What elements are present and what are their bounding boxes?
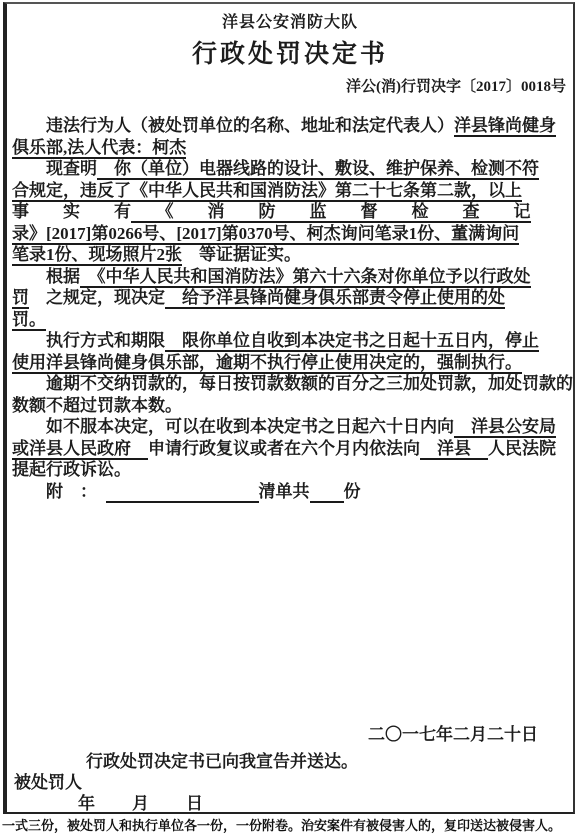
- filled-blank-text: 合规定，违反了《中华人民共和国消防法》第二十七条第二款，以上: [12, 181, 522, 202]
- document-title: 行政处罚决定书: [12, 39, 568, 69]
- signature-date-blank: 年 月 日: [12, 793, 568, 814]
- body-line: 现查明 你（单位）电器线路的设计、敷设、维护保养、检测不符: [12, 158, 568, 180]
- filled-blank-text: [310, 482, 344, 503]
- body-line: 使用洋县锋尚健身俱乐部，逾期不执行停止使用决定的，强制执行。: [12, 352, 568, 374]
- body-line: 罚。: [12, 309, 568, 331]
- form-text: 之规定，现决定: [29, 288, 165, 307]
- filled-blank-text: 给予洋县锋尚健身俱乐部责令停止使用的处: [165, 288, 505, 309]
- filled-blank-text: [106, 482, 259, 503]
- filled-blank-text: 罚。: [12, 310, 46, 331]
- filled-blank-text: 笔录1份、现场照片2张: [12, 245, 182, 266]
- form-text: 执行方式和期限: [12, 331, 165, 350]
- body-line: 附 ： 清单共 份: [12, 481, 568, 503]
- filled-blank-text: 或洋县人民政府: [12, 439, 148, 460]
- body-line: 俱乐部,法人代表：柯杰: [12, 137, 568, 159]
- form-text: 根据: [12, 267, 80, 286]
- form-text: 事 实 有: [12, 202, 131, 221]
- filled-blank-text: 洋县公安局: [454, 417, 556, 438]
- body-line: 录》[2017]第0266号、[2017]第0370号、柯杰询问笔录1份、董满询…: [12, 223, 568, 245]
- form-text: 数额不超过罚款本数。: [12, 396, 182, 415]
- form-text: 现查明: [12, 159, 97, 178]
- blank-area: [12, 502, 568, 724]
- body-line: 逾期不交纳罚款的，每日按罚款数额的百分之三加处罚款，加处罚款的: [12, 373, 568, 395]
- filled-blank-text: 你（单位）电器线路的设计、敷设、维护保养、检测不符: [97, 159, 539, 180]
- form-text: 如不服本决定，可以在收到本决定书之日起六十日内向: [12, 417, 454, 436]
- decision-date: 二〇一七年二月二十日: [12, 724, 568, 745]
- body-line: 提起行政诉讼。: [12, 459, 568, 481]
- document-body: 违法行为人（被处罚单位的名称、地址和法定代表人）洋县锋尚健身俱乐部,法人代表：柯…: [12, 115, 568, 502]
- form-text: 份: [344, 482, 361, 501]
- filled-blank-text: 洋县锋尚健身: [454, 116, 556, 137]
- form-text: 附 ：: [12, 482, 106, 501]
- body-line: 合规定，违反了《中华人民共和国消防法》第二十七条第二款，以上: [12, 180, 568, 202]
- form-text: 违法行为人（被处罚单位的名称、地址和法定代表人）: [12, 116, 454, 135]
- form-text: 申请行政复议或者在六个月内依法向: [148, 439, 420, 458]
- filled-blank-text: 使用洋县锋尚健身俱乐部，逾期不执行停止使用决定的，强制执行。: [12, 353, 522, 374]
- body-line: 笔录1份、现场照片2张 等证据证实。: [12, 244, 568, 266]
- body-line: 或洋县人民政府 申请行政复议或者在六个月内依法向 洋县 人民法院: [12, 438, 568, 460]
- service-statement: 行政处罚决定书已向我宣告并送达。: [12, 751, 568, 772]
- document-number: 洋公(消)行罚决字〔2017〕0018号: [12, 77, 568, 97]
- body-line: 罚 之规定，现决定 给予洋县锋尚健身俱乐部责令停止使用的处: [12, 287, 568, 309]
- copies-distribution-note: 一式三份，被处罚人和执行单位各一份，一份附卷。治安案件有被侵害人的，复印送达被侵…: [2, 818, 577, 834]
- body-line: 执行方式和期限 限你单位自收到本决定书之日起十五日内，停止: [12, 330, 568, 352]
- punished-person-label: 被处罚人: [12, 772, 568, 793]
- filled-blank-text: 俱乐部,法人代表：柯杰: [12, 138, 186, 159]
- body-line: 违法行为人（被处罚单位的名称、地址和法定代表人）洋县锋尚健身: [12, 115, 568, 137]
- form-text: 清单共: [259, 482, 310, 501]
- body-line: 事 实 有 《 消 防 监 督 检 查 记: [12, 201, 568, 223]
- issuing-org-title: 洋县公安消防大队: [12, 12, 568, 34]
- filled-blank-text: 录》[2017]第0266号、[2017]第0370号、柯杰询问笔录1份、董满询…: [12, 224, 519, 245]
- filled-blank-text: 洋县: [420, 439, 488, 460]
- document-border-frame: 洋县公安消防大队 行政处罚决定书 洋公(消)行罚决字〔2017〕0018号 违法…: [3, 2, 575, 814]
- body-line: 根据 《中华人民共和国消防法》第六十六条对你单位予以行政处: [12, 266, 568, 288]
- form-text: 提起行政诉讼。: [12, 460, 131, 479]
- document-page: 洋县公安消防大队 行政处罚决定书 洋公(消)行罚决字〔2017〕0018号 违法…: [0, 0, 579, 836]
- form-text: 等证据证实。: [182, 245, 301, 264]
- filled-blank-text: 《 消 防 监 督 检 查 记: [131, 202, 531, 223]
- body-line: 如不服本决定，可以在收到本决定书之日起六十日内向 洋县公安局: [12, 416, 568, 438]
- filled-blank-text: 罚: [12, 288, 29, 309]
- form-text: 人民法院: [488, 439, 556, 458]
- filled-blank-text: 限你单位自收到本决定书之日起十五日内，停止: [165, 331, 539, 352]
- filled-blank-text: 《中华人民共和国消防法》第六十六条对你单位予以行政处: [80, 267, 531, 288]
- body-line: 数额不超过罚款本数。: [12, 395, 568, 417]
- form-text: 逾期不交纳罚款的，每日按罚款数额的百分之三加处罚款，加处罚款的: [12, 374, 573, 393]
